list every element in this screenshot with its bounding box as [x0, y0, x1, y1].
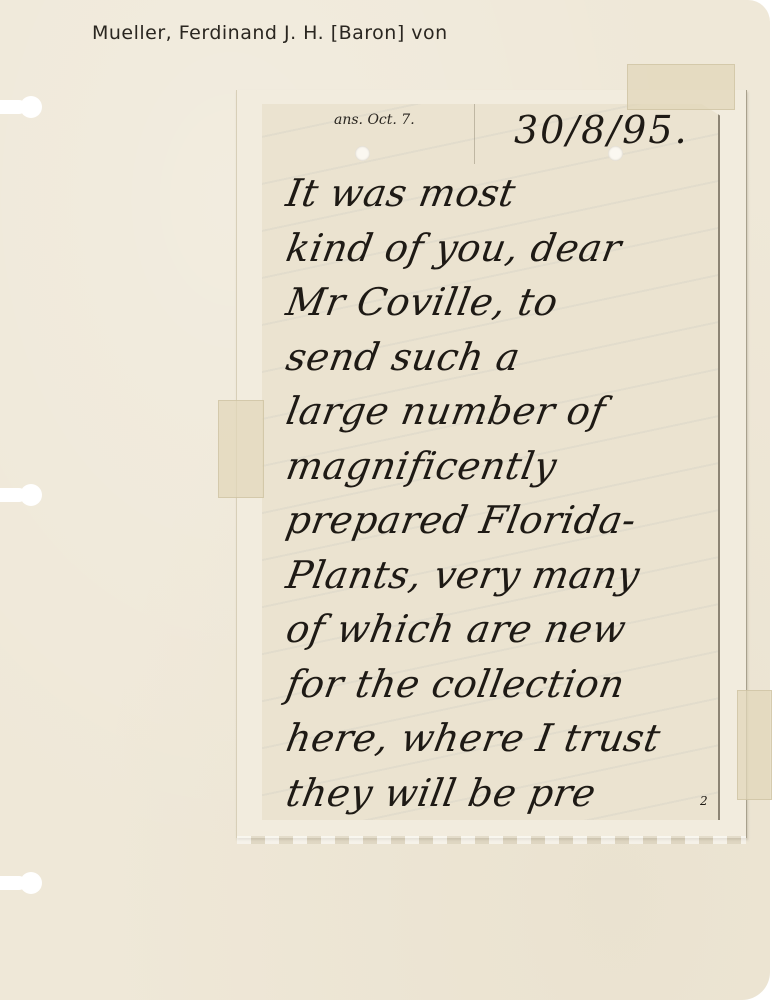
handwritten-letter: ans. Oct. 7. 30/8/95. It was most kind o… — [262, 104, 720, 820]
tape-strip-left — [218, 400, 264, 498]
tape-strip-right — [737, 690, 772, 800]
reply-annotation: ans. Oct. 7. — [334, 112, 415, 128]
letter-line: they will be pre — [282, 766, 720, 821]
letter-line: send such a — [282, 330, 720, 385]
letter-line: of which are new — [282, 602, 720, 657]
binder-hole-bottom — [20, 872, 42, 894]
letter-body: It was most kind of you, dear Mr Coville… — [282, 166, 712, 820]
binder-hole-top — [20, 96, 42, 118]
binder-hole-middle — [20, 484, 42, 506]
letter-line: Mr Coville, to — [282, 275, 720, 330]
letter-punch-hole-left — [355, 146, 370, 161]
letter-line: large number of — [282, 384, 720, 439]
letter-line: Plants, very many — [282, 548, 720, 603]
letter-line: magnificently — [282, 439, 720, 494]
archival-page: Mueller, Ferdinand J. H. [Baron] von ans… — [0, 0, 770, 1000]
catalog-label: Mueller, Ferdinand J. H. [Baron] von — [92, 22, 448, 44]
letter-line: here, where I trust — [282, 711, 720, 766]
letter-date: 30/8/95. — [514, 108, 689, 152]
fold-crease — [474, 104, 475, 164]
letter-line: kind of you, dear — [282, 221, 720, 276]
letter-line: It was most — [282, 166, 720, 221]
letter-line: for the collection — [282, 657, 720, 712]
page-continuation-marker: 2 — [700, 794, 708, 808]
tape-strip-top-right — [627, 64, 735, 110]
letter-line: prepared Florida- — [282, 493, 720, 548]
